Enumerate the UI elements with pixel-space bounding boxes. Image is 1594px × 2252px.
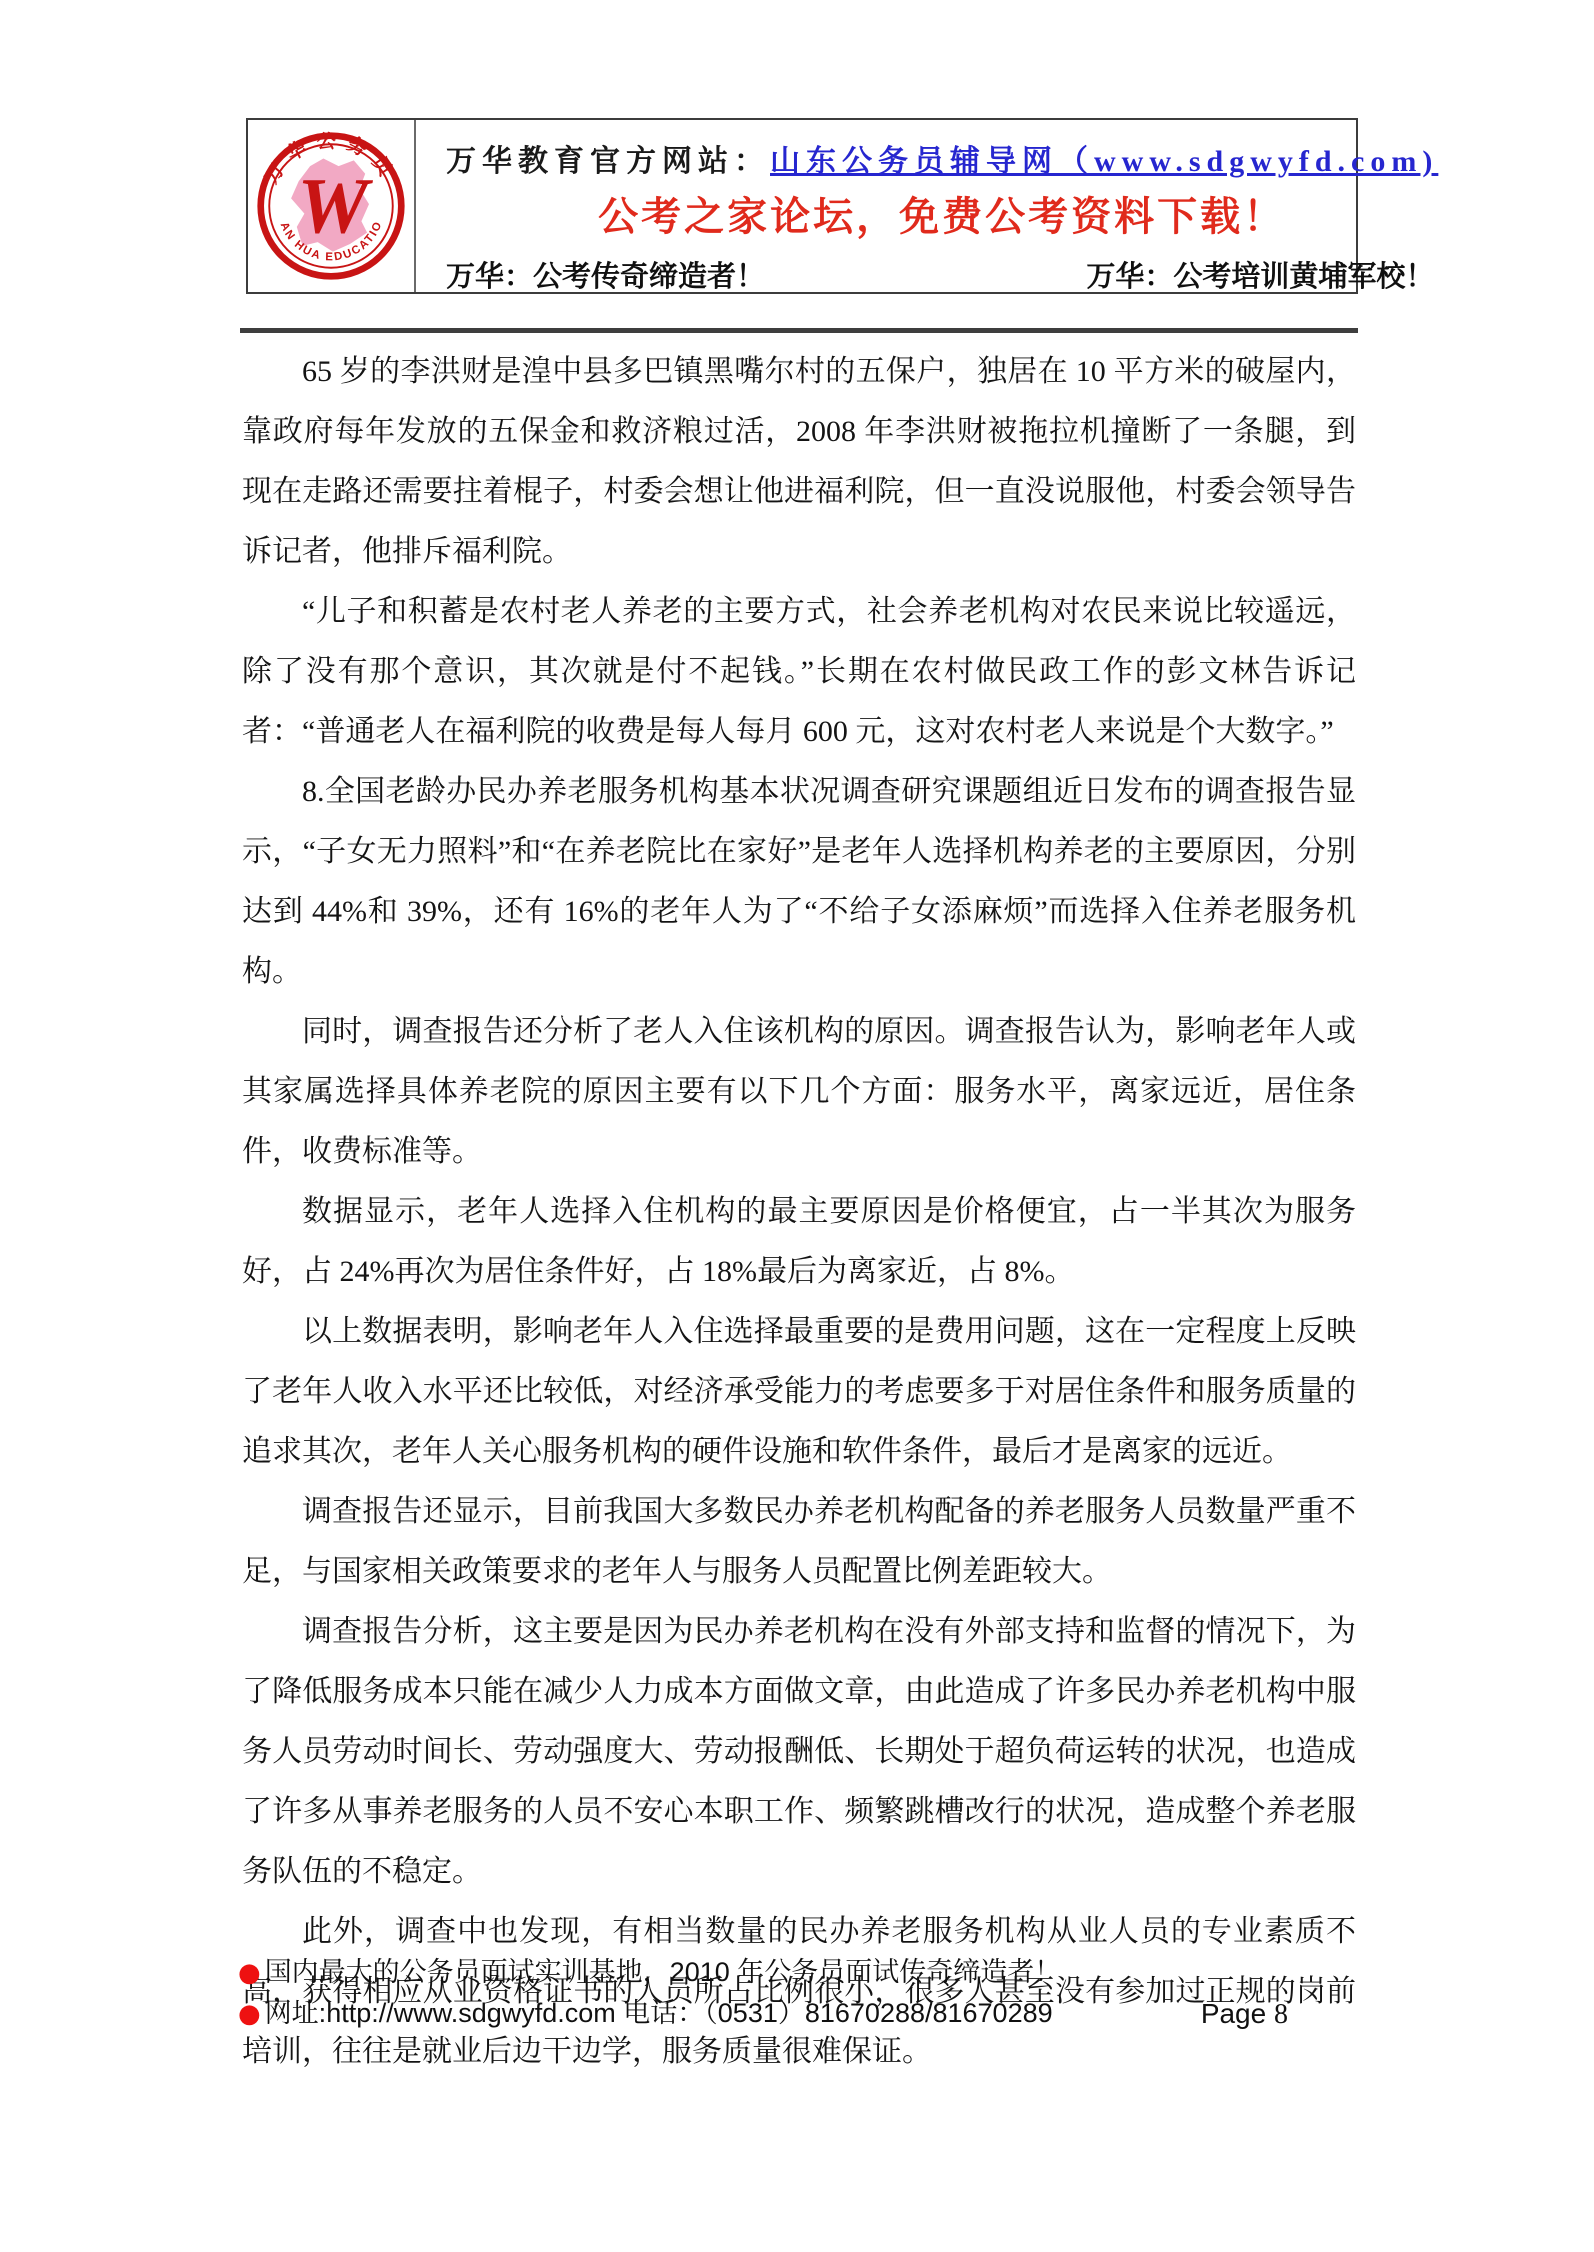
page-footer: ● 国内最大的公务员面试实训基地，2010 年公务员面试传奇缔造者！ ● 网址:… — [238, 1952, 1358, 2034]
document-page: W 万华公务员 WAN HUA EDUCATION 万华教育官方网站：山东公务员… — [0, 0, 1594, 2252]
page-number: Page 8 — [1201, 1993, 1288, 2035]
slogan-right: 万华：公考培训黄埔军校！ — [1086, 254, 1434, 295]
header-slogans: 万华：公考传奇缔造者！ 万华：公考培训黄埔军校！ — [446, 254, 1438, 295]
footer-line-2: ● 网址:http://www.sdgwyfd.com 电话：（0531）816… — [238, 1993, 1358, 2034]
body-paragraph: 调查报告还显示，目前我国大多数民办养老机构配备的养老服务人员数量严重不足，与国家… — [242, 1482, 1356, 1602]
body-paragraph: 数据显示，老年人选择入住机构的最主要原因是价格便宜，占一半其次为服务好，占 24… — [242, 1182, 1356, 1302]
page-number-value: 8 — [1274, 1999, 1288, 2030]
site-link[interactable]: 山东公务员辅导网（www.sdgwyfd.com) — [770, 145, 1438, 178]
site-label: 万华教育官方网站： — [446, 145, 770, 178]
bullet-icon: ● — [238, 2001, 261, 2027]
footer-line-1: ● 国内最大的公务员面试实训基地，2010 年公务员面试传奇缔造者！ — [238, 1952, 1358, 1993]
footer-slogan: 国内最大的公务员面试实训基地，2010 年公务员面试传奇缔造者！ — [265, 1952, 1062, 1993]
document-body: 65 岁的李洪财是湟中县多巴镇黑嘴尔村的五保户，独居在 10 平方米的破屋内，靠… — [242, 342, 1356, 2082]
header-site-line: 万华教育官方网站：山东公务员辅导网（www.sdgwyfd.com) — [446, 136, 1438, 180]
wanhua-seal-logo: W 万华公务员 WAN HUA EDUCATION — [255, 126, 407, 286]
footer-contact: 网址:http://www.sdgwyfd.com 电话：（0531）81670… — [265, 1993, 1053, 2034]
body-paragraph: “儿子和积蓄是农村老人养老的主要方式，社会养老机构对农民来说比较遥远，除了没有那… — [242, 582, 1356, 762]
forum-banner: 公考之家论坛，免费公考资料下载！ — [446, 185, 1438, 242]
header-box: W 万华公务员 WAN HUA EDUCATION 万华教育官方网站：山东公务员… — [246, 118, 1358, 294]
slogan-left: 万华：公考传奇缔造者！ — [446, 254, 765, 295]
header-divider-rule — [240, 328, 1358, 333]
logo-cell: W 万华公务员 WAN HUA EDUCATION — [248, 120, 416, 292]
monogram-w: W — [297, 163, 373, 251]
body-paragraph: 同时，调查报告还分析了老人入住该机构的原因。调查报告认为，影响老年人或其家属选择… — [242, 1002, 1356, 1182]
body-paragraph: 以上数据表明，影响老年人入住选择最重要的是费用问题，这在一定程度上反映了老年人收… — [242, 1302, 1356, 1482]
header-content: 万华教育官方网站：山东公务员辅导网（www.sdgwyfd.com) 公考之家论… — [416, 120, 1450, 292]
bullet-icon: ● — [238, 1960, 261, 1986]
body-paragraph: 65 岁的李洪财是湟中县多巴镇黑嘴尔村的五保户，独居在 10 平方米的破屋内，靠… — [242, 342, 1356, 582]
body-paragraph: 调查报告分析，这主要是因为民办养老机构在没有外部支持和监督的情况下，为了降低服务… — [242, 1602, 1356, 1902]
body-paragraph: 8.全国老龄办民办养老服务机构基本状况调查研究课题组近日发布的调查报告显示，“子… — [242, 762, 1356, 1002]
page-word: Page — [1201, 1998, 1266, 2029]
